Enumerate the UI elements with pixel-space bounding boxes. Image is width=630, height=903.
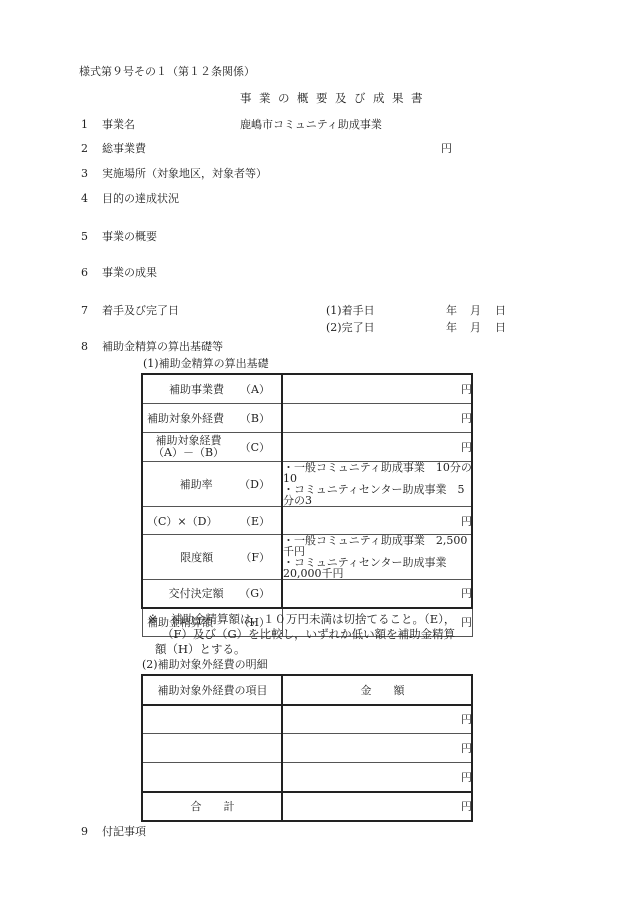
item-field[interactable] — [143, 734, 283, 763]
amount-field[interactable]: 円 — [283, 580, 473, 608]
day-unit: 日 — [495, 322, 506, 333]
amount-field[interactable]: 円 — [283, 375, 473, 404]
month-unit: 月 — [470, 322, 481, 333]
total-cost-yen: 円 — [441, 143, 452, 154]
rate-line: ・一般コミュニティ助成事業 10分の10 — [283, 462, 472, 484]
section-label: 総事業費 — [102, 143, 146, 154]
row-key: （D） — [239, 476, 270, 492]
table-header-row: 補助対象外経費の項目 金 額 — [143, 676, 473, 705]
amount-field[interactable]: 円 — [283, 404, 473, 433]
day-unit: 日 — [495, 305, 506, 316]
row-name: 限度額 — [153, 549, 240, 565]
amount-field[interactable]: 円 — [283, 507, 473, 535]
row-key: （B） — [240, 410, 270, 426]
limit-line: ・コミュニティセンター助成事業20,000千円 — [283, 557, 472, 579]
amount-field[interactable]: 円 — [283, 705, 473, 734]
note-line: 額（H）とする。 — [155, 642, 246, 657]
detail-table-caption: (2)補助対象外経費の明細 — [142, 659, 268, 670]
limit-line: ・一般コミュニティ助成事業 2,500千円 — [283, 535, 472, 557]
section-number: 2 — [81, 143, 88, 154]
section-label: 目的の達成状況 — [102, 193, 179, 204]
table-row: 補助事業費（A） 円 — [143, 375, 473, 404]
section-label: 事業名 — [102, 119, 135, 130]
detail-table-divider — [281, 674, 283, 822]
project-name-value: 鹿嶋市コミュニティ助成事業 — [240, 119, 382, 130]
section-number: 5 — [81, 231, 88, 242]
row-name: （C）×（D） — [147, 513, 217, 529]
total-row: 合 計 円 — [143, 792, 473, 821]
header-amount: 金 額 — [283, 676, 473, 705]
year-unit: 年 — [446, 322, 457, 333]
row-name: 補助率 — [153, 476, 239, 492]
end-date-label: (2)完了日 — [326, 322, 375, 333]
section-label: 補助金精算の算出基礎等 — [102, 341, 223, 352]
section-number: 6 — [81, 267, 88, 278]
row-key: （C） — [240, 439, 270, 455]
row-formula: （A）－（B） — [153, 446, 224, 459]
section-label: 事業の成果 — [102, 267, 157, 278]
amount-field[interactable]: 円 — [283, 734, 473, 763]
table-row: 交付決定額（G） 円 — [143, 580, 473, 608]
detail-table: 補助対象外経費の項目 金 額 円 円 円 合 計 円 — [142, 675, 473, 821]
section-number: 4 — [81, 193, 88, 204]
row-name: 補助対象外経費 — [147, 410, 224, 426]
amount-field[interactable]: 円 — [283, 433, 473, 462]
year-unit: 年 — [446, 305, 457, 316]
calc-table-divider — [281, 373, 283, 609]
section-number: 1 — [81, 119, 88, 130]
header-item: 補助対象外経費の項目 — [143, 676, 283, 705]
table-row: 補助対象経費（A）－（B）（C） 円 — [143, 433, 473, 462]
section-label: 事業の概要 — [102, 231, 157, 242]
rate-line: ・コミュニティセンター助成事業 5分の3 — [283, 484, 472, 506]
note-mark: ※ — [148, 612, 158, 627]
section-number: 8 — [81, 341, 88, 352]
section-number: 9 — [81, 826, 88, 837]
note-line: （F）及び（G）を比較し，いずれか低い額を補助金精算 — [162, 627, 455, 642]
table-row: 円 — [143, 763, 473, 792]
row-key: （G） — [239, 585, 270, 601]
section-label: 実施場所（対象地区，対象者等） — [102, 168, 267, 179]
table-row: 限度額（F） ・一般コミュニティ助成事業 2,500千円・コミュニティセンター助… — [143, 535, 473, 580]
section-number: 7 — [81, 305, 88, 316]
section-label: 着手及び完了日 — [102, 305, 179, 316]
row-name: 補助事業費 — [153, 381, 240, 397]
total-amount-field[interactable]: 円 — [283, 792, 473, 821]
note-line: 補助金精算額は，１０万円未満は切捨てること。（E）， — [171, 612, 455, 627]
table-row: 補助率（D） ・一般コミュニティ助成事業 10分の10・コミュニティセンター助成… — [143, 462, 473, 507]
document-title: 事業の概要及び成果書 — [240, 93, 430, 105]
start-date-label: (1)着手日 — [326, 305, 375, 316]
calc-table: 補助事業費（A） 円 補助対象外経費（B） 円 補助対象経費（A）－（B）（C）… — [142, 374, 473, 637]
table-row: 円 — [143, 705, 473, 734]
section-label: 付記事項 — [102, 826, 146, 837]
row-key: （F） — [240, 549, 270, 565]
item-field[interactable] — [143, 705, 283, 734]
section-number: 3 — [81, 168, 88, 179]
table-row: 円 — [143, 734, 473, 763]
calc-table-caption: (1)補助金精算の算出基礎 — [143, 358, 269, 369]
total-label: 合 計 — [143, 792, 283, 821]
table-row: 補助対象外経費（B） 円 — [143, 404, 473, 433]
row-key: （A） — [240, 381, 270, 397]
item-field[interactable] — [143, 763, 283, 792]
amount-field[interactable]: 円 — [283, 763, 473, 792]
table-row: （C）×（D）（E） 円 — [143, 507, 473, 535]
row-name: 交付決定額 — [153, 585, 239, 601]
month-unit: 月 — [470, 305, 481, 316]
form-id: 様式第９号その１（第１２条関係） — [79, 66, 255, 77]
row-key: （E） — [240, 513, 270, 529]
